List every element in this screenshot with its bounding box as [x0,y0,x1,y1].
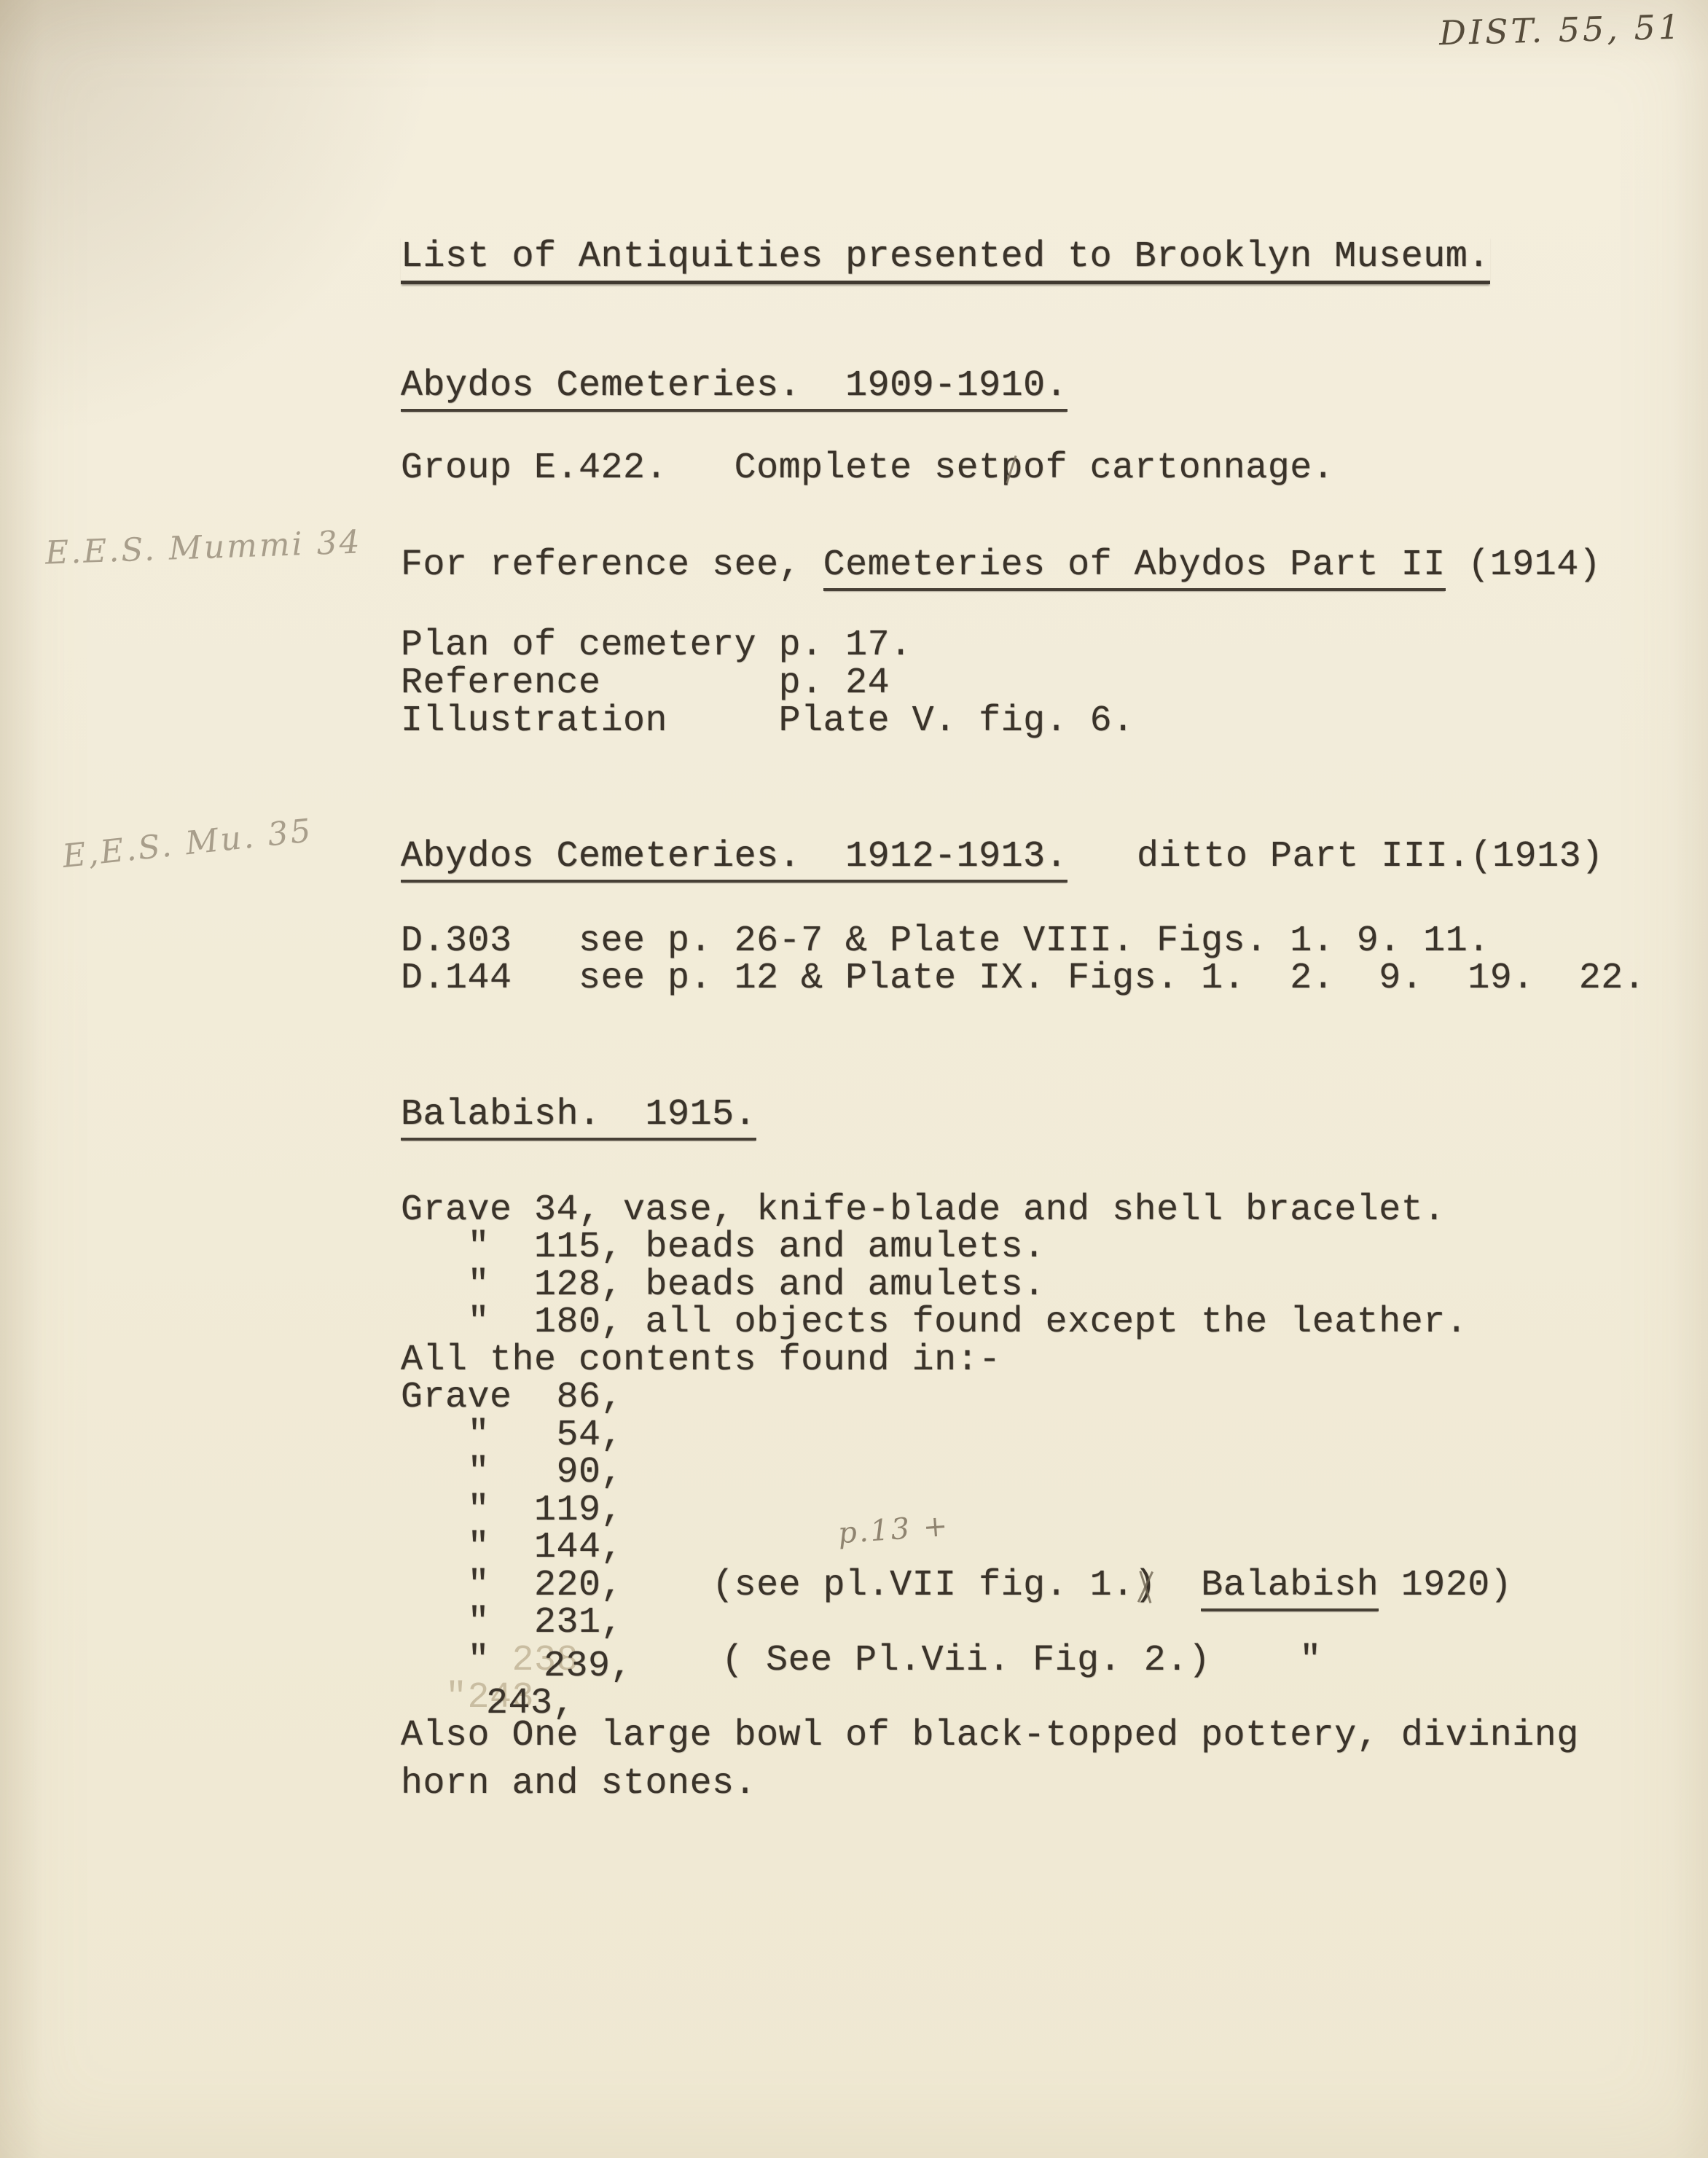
typed-line-d303: D.303 see p. 26-7 & Plate VIII. Figs. 1.… [401,923,1490,960]
group-line-pre: Group E.422. Complete set [401,447,1001,489]
group-line-post: of cartonnage. [1023,447,1334,489]
grave-239-post: ( See Pl.Vii. Fig. 2.) " [632,1640,1322,1681]
reference-line: For reference see, Cemeteries of Abydos … [401,547,1601,584]
typed-line-grave-128: " 128, beads and amulets. [401,1267,1046,1304]
typed-line-grave-231: " 231, [401,1604,623,1641]
reference-title: Cemeteries of Abydos Part II [823,544,1446,591]
section-heading-balabish: Balabish. 1915. [401,1096,756,1133]
section-heading-text: Balabish. 1915. [401,1094,756,1141]
struck-character: p [1001,450,1024,487]
typed-line-grave-144: " 144, [401,1529,623,1566]
section-heading-text: Abydos Cemeteries. 1912-1913. [401,836,1067,883]
typed-line-contents: All the contents found in:- [401,1342,1001,1379]
spacer [1156,1565,1201,1606]
typed-line-grave-119: " 119, [401,1492,623,1529]
typed-line-grave-180: " 180, all objects found except the leat… [401,1304,1468,1341]
typed-line-also-bowl: Also One large bowl of black-topped pott… [401,1717,1579,1754]
typed-line-illustration: Illustration Plate V. fig. 6. [401,703,1135,740]
typed-line-d144: D.144 see p. 12 & Plate IX. Figs. 1. 2. … [401,960,1645,997]
typed-line-grave-115: " 115, beads and amulets. [401,1229,1046,1266]
group-line: Group E.422. Complete setpof cartonnage. [401,450,1334,487]
ditto-part-note: ditto Part III.(1913) [1137,838,1604,875]
typed-line-grave-220: " 220, (see pl.VII fig. 1.) Balabish 192… [401,1567,1512,1604]
document-page: DIST. 55, 51 List of Antiquities present… [0,0,1708,2158]
page-title: List of Antiquities presented to Brookly… [401,238,1490,275]
typed-line-grave-239: " 238239, ( See Pl.Vii. Fig. 2.) " [401,1642,1322,1679]
typed-line-grave-86: Grave 86, [401,1379,623,1416]
typed-line-grave-54: " 54, [401,1417,623,1454]
typed-line-grave-34: Grave 34, vase, knife-blade and shell br… [401,1192,1446,1229]
typed-line-grave-243: "243243, [401,1679,575,1716]
margin-annotation-ees-34: E.E.S. Mummi 34 [44,523,362,571]
grave-220-pre: " 220, (see pl.VII fig. 1. [401,1565,1135,1606]
dist-annotation: DIST. 55, 51 [1438,7,1682,53]
grave-220-post: 1920) [1379,1565,1512,1606]
typed-line-reference: Reference p. 24 [401,665,890,702]
cancelled-paren: ) [1135,1567,1157,1604]
section-heading-abydos-1909: Abydos Cemeteries. 1909-1910. [401,367,1067,404]
margin-annotation-ees-35: E,E.S. Mu. 35 [60,812,315,875]
reference-pre: For reference see, [401,544,823,586]
section-heading-text: Abydos Cemeteries. 1909-1910. [401,365,1067,412]
typed-line-plan: Plan of cemetery p. 17. [401,627,912,664]
page-title-text: List of Antiquities presented to Brookly… [401,236,1490,284]
grave-239-pre: " [401,1640,512,1681]
section-heading-abydos-1912: Abydos Cemeteries. 1912-1913.ditto Part … [401,838,1067,875]
reference-post: (1914) [1446,544,1602,586]
page-13-annotation: p.13 + [837,1509,951,1551]
typed-line-horn-stones: horn and stones. [401,1765,756,1802]
balabish-1920-reference: Balabish [1201,1565,1379,1611]
typed-line-grave-90: " 90, [401,1454,623,1491]
